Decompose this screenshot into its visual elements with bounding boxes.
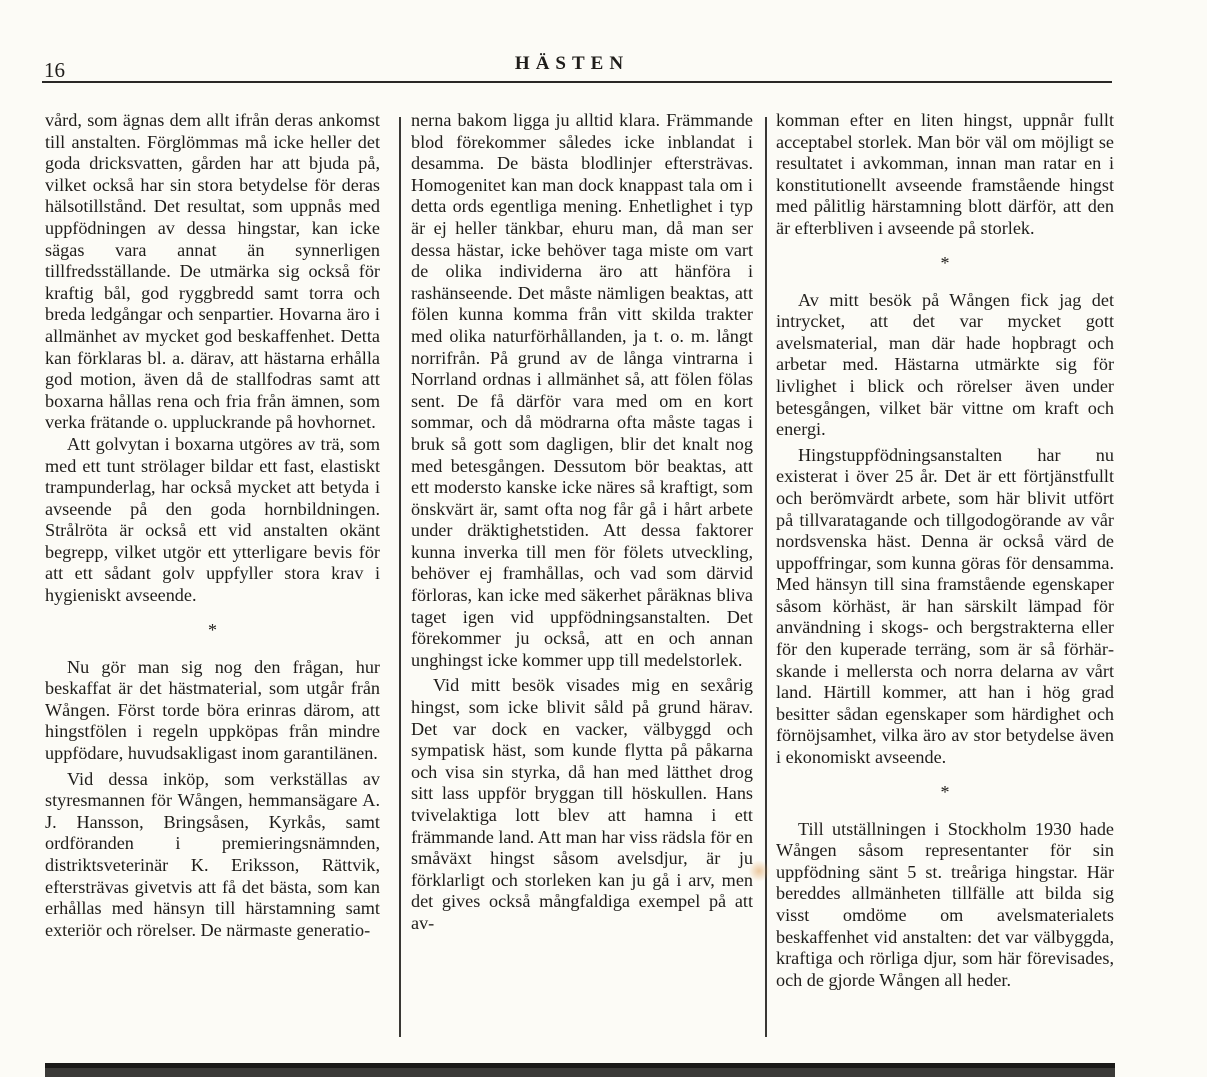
running-title: HÄSTEN	[42, 52, 1102, 76]
text-column-3: komman efter en liten hingst, uppnår ful…	[776, 110, 1114, 991]
text-column-2: nerna bakom ligga ju alltid klara. Främm…	[411, 110, 753, 935]
magazine-page: 16 HÄSTEN vård, som ägnas dem allt ifrån…	[0, 0, 1207, 1077]
paragraph: vård, som ägnas dem allt ifrån deras ank…	[45, 110, 380, 434]
paragraph: nerna bakom ligga ju alltid klara. Främm…	[411, 110, 753, 671]
paragraph: Vid mitt besök visades mig en sex­årig h…	[411, 675, 753, 934]
paragraph: Vid dessa inköp, som verkställas av styr…	[45, 769, 380, 942]
column-divider	[765, 117, 767, 1037]
section-separator: *	[776, 254, 1114, 272]
paragraph: komman efter en liten hingst, uppnår ful…	[776, 110, 1114, 240]
page-header: 16 HÄSTEN	[42, 50, 1112, 74]
bottom-edge-band	[45, 1068, 1115, 1077]
paper-stain	[748, 860, 770, 882]
section-separator: *	[45, 621, 380, 639]
paragraph: Nu gör man sig nog den frågan, hur beska…	[45, 657, 380, 765]
paragraph: Hingstuppfödningsanstalten har nu existe…	[776, 445, 1114, 769]
text-column-1: vård, som ägnas dem allt ifrån deras ank…	[45, 110, 380, 941]
paragraph: Till utställningen i Stockholm 1930 hade…	[776, 819, 1114, 992]
section-separator: *	[776, 783, 1114, 801]
column-divider	[399, 117, 401, 1037]
paragraph: Att golvytan i boxarna utgöres av trä, s…	[45, 434, 380, 607]
header-rule	[42, 81, 1112, 83]
paragraph: Av mitt besök på Wången fick jag det int…	[776, 290, 1114, 441]
